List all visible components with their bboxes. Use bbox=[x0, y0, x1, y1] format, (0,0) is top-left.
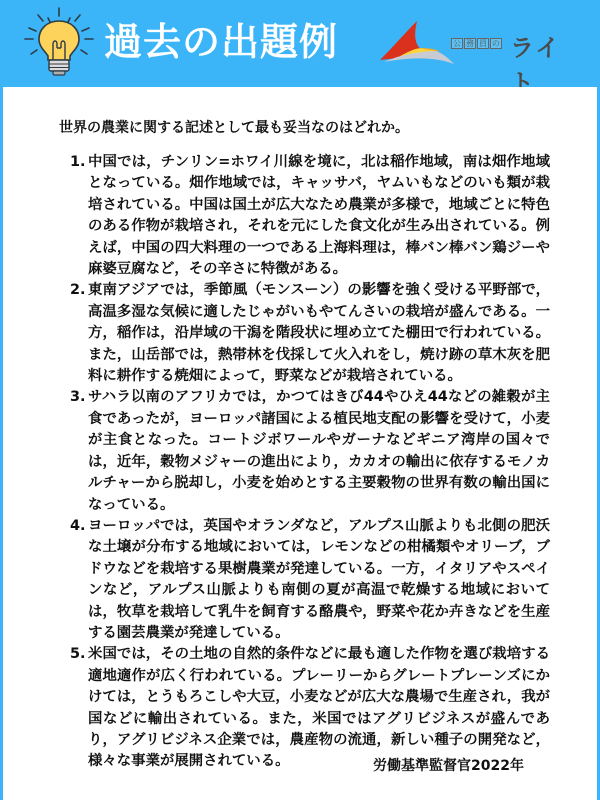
answer-options: 1. 中国では，チンリン=ホワイ川線を境に，北は稲作地域，南は畑作地域となってい… bbox=[72, 152, 550, 773]
option-text: サハラ以南のアフリカでは，かつてはきび44やひえ44などの雑穀が主食であったが，… bbox=[88, 389, 550, 512]
option-text: 米国では，その土地の自然的条件などに最も適した作物を選び栽培する適地適作が広く行… bbox=[88, 646, 550, 769]
question-prompt: 世界の農業に関する記述として最も妥当なのはどれか。 bbox=[59, 118, 559, 138]
option-number: 4. bbox=[70, 516, 85, 537]
answer-option-5: 5. 米国では，その土地の自然的条件などに最も適した作物を選び栽培する適地適作が… bbox=[72, 644, 550, 772]
option-text: 中国では，チンリン=ホワイ川線を境に，北は稲作地域，南は畑作地域となっている。畑… bbox=[88, 154, 550, 277]
option-number: 5. bbox=[70, 644, 85, 665]
option-text: ヨーロッパでは，英国やオランダなど，アルプス山脈よりも北側の肥沃な土壌が分布する… bbox=[88, 518, 550, 641]
logo-mark-icon bbox=[378, 18, 458, 68]
option-number: 3. bbox=[70, 387, 85, 408]
lightbulb-icon bbox=[22, 6, 96, 78]
brand-logo: 公 務 員 の ライト bbox=[378, 18, 578, 68]
answer-option-4: 4. ヨーロッパでは，英国やオランダなど，アルプス山脈よりも北側の肥沃な土壌が分… bbox=[72, 516, 550, 644]
logo-subtitle: 公 務 員 の bbox=[451, 38, 502, 49]
option-number: 1. bbox=[70, 152, 85, 173]
page-title: 過去の出題例 bbox=[104, 16, 338, 68]
answer-option-2: 2. 東南アジアでは，季節風（モンスーン）の影響を強く受ける平野部で，高温多湿な… bbox=[72, 280, 550, 387]
header-banner: 過去の出題例 公 務 員 の ライト bbox=[0, 0, 600, 86]
option-number: 2. bbox=[70, 280, 85, 301]
answer-option-3: 3. サハラ以南のアフリカでは，かつてはきび44やひえ44などの雑穀が主食であっ… bbox=[72, 387, 550, 515]
exam-source: 労働基準監督官2022年 bbox=[373, 756, 524, 776]
option-text: 東南アジアでは，季節風（モンスーン）の影響を強く受ける平野部で，高温多湿な気候に… bbox=[88, 282, 550, 384]
answer-option-1: 1. 中国では，チンリン=ホワイ川線を境に，北は稲作地域，南は畑作地域となってい… bbox=[72, 152, 550, 280]
